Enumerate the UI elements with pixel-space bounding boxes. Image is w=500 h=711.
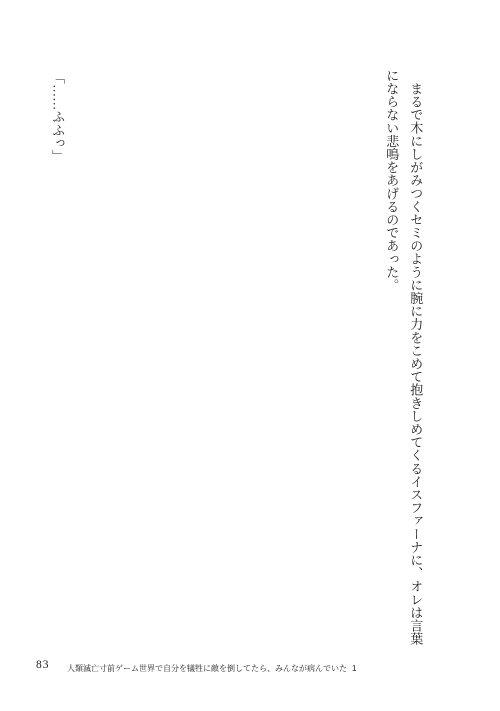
body-text-line-2: にならない悲鳴をあげるのであった。 [383,69,399,292]
running-title: 人類滅亡寸前ゲーム世界で自分を犠牲に敵を倒してたら、みんなが病んでいた1 [67,663,356,674]
body-text-line-1: まるで木にしがみつくセミのように腕に力をこめて抱きしめてくるイスファーナに、オレ… [407,82,423,645]
book-page: まるで木にしがみつくセミのように腕に力をこめて抱きしめてくるイスファーナに、オレ… [0,0,500,711]
page-footer: 83 人類滅亡寸前ゲーム世界で自分を犠牲に敵を倒してたら、みんなが病んでいた1 [0,658,500,676]
dialogue-line: 「……ふふっ」 [49,71,65,163]
book-title: 人類滅亡寸前ゲーム世界で自分を犠牲に敵を倒してたら、みんなが病んでいた [67,664,347,673]
page-number: 83 [36,659,50,671]
volume-number: 1 [352,664,356,673]
